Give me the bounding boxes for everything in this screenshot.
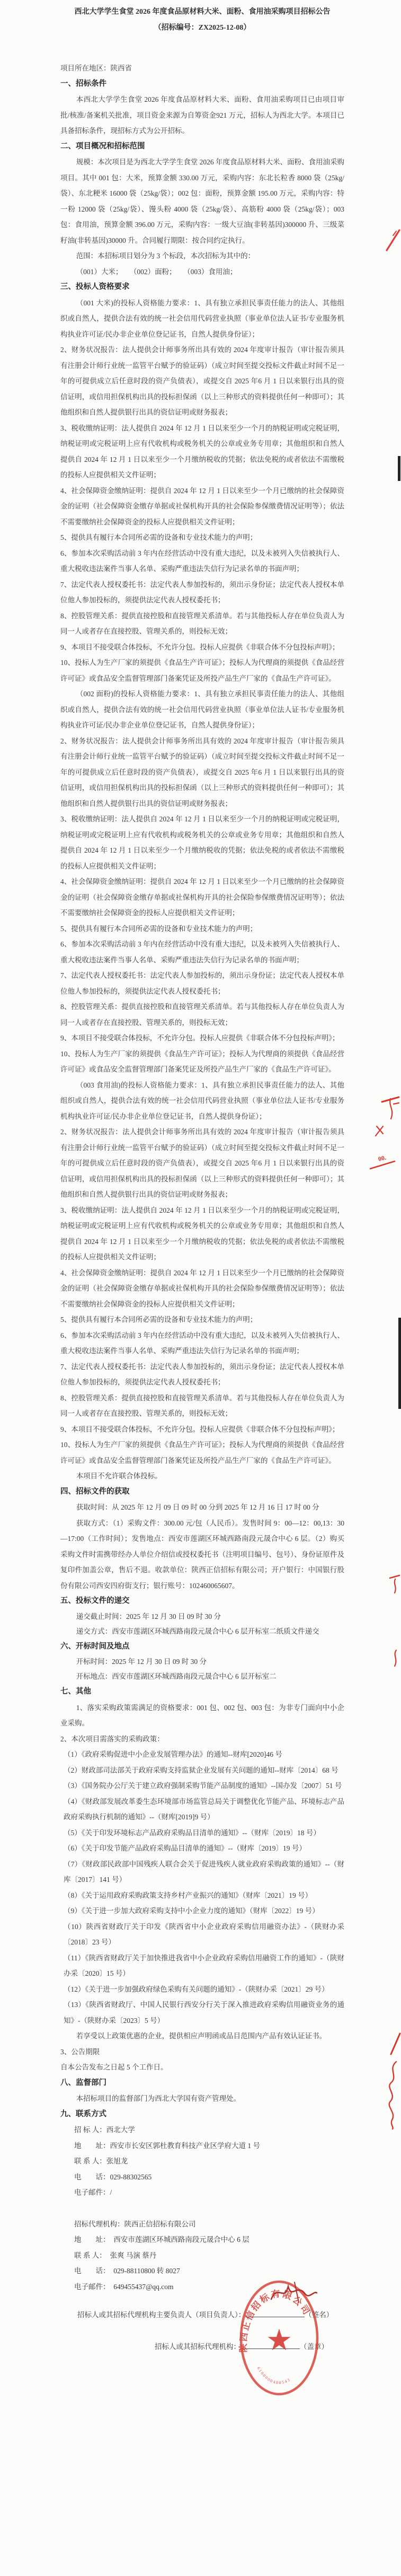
section7-policy-requirement: 1、落实采购政策需满足的资格要求：001 包、002 包、003 包：为非专门面… (60, 1700, 344, 1731)
section6-open-time: 开标时间：2025 年 12 月 30 日 09 时 30 分 (60, 1654, 344, 1669)
qualification-intro-001: （001 大米)的投标人资格能力要求：1、具有独立承担民事责任能力的法人、其他组… (60, 295, 344, 343)
stamp-serial-number: 6100000480543 (256, 2366, 292, 2385)
paragraph-line: （4）《财政部发展改革委生态环境部市场监管总局关于调整优化节能产品、环境标志产品… (60, 1794, 344, 1825)
paragraph-line: （3）《国务院办公厅关于建立政府强制采购节能产品制度的通知》--国办发〔2007… (60, 1778, 344, 1794)
paragraph-line: 电 话： 029-88110800 转 8027 (60, 2263, 344, 2279)
section-heading-7: 七、其他 (60, 1684, 344, 1700)
section5-method: 递交方式：西安市莲湖区环城西路南段元晟合中心 6 层开标室二纸质文件递交 (60, 1624, 344, 1639)
paragraph-line: 10、投标人为生产厂家的须提供《食品生产许可证》；投标人为代理商的须提供《食品经… (60, 1046, 344, 1077)
paragraph-line: 地 址：西安市长安区郭杜教育科技产业区学府大道 1 号 (60, 2138, 344, 2154)
paragraph-line: （2）财政部司法部关于政府采购支持监狱企业发展有关问题的通知--财库〔2014〕… (60, 1763, 344, 1778)
paragraph-line: 7、法定代表人授权委托书：法定代表人参加投标的，须出示身份证；法定代表人授权本单… (60, 1359, 344, 1390)
paragraph-line: 8、控股管理关系：提供直接控股和直接管理关系清单。若与其他投标人存在单位负责人为… (60, 999, 344, 1030)
paragraph-line: （9）《关于进一步加大政府采购支持中小企业力度的通知》（财库〔2022〕19 号… (60, 1903, 344, 1919)
sections-5-6: 五、投标文件的递交 递交截止时间：2025 年 12 月 30 日 09 时 3… (60, 1593, 344, 1684)
section-heading-8: 八、监督部门 (60, 2075, 344, 2091)
qualification-items-003: 2、财务状况报告：法人提供会计师事务所出具有效的 2024 年度审计报告（审计报… (60, 1124, 344, 1468)
document-content: 西北大学学生食堂 2026 年度食品原材料大米、面粉、食用油采购项目招标公告 （… (0, 0, 401, 2354)
section2-scope-paragraph: 范围：本招标项目划分为 3 个标段，本次招标为其中的： (60, 248, 344, 264)
paragraph-line: 10、投标人为生产厂家的须提供《食品生产许可证》；投标人为代理商的须提供《食品经… (60, 655, 344, 686)
qualification-block-003: （003 食用油)的投标人资格能力要求：1、具有独立承担民事责任能力的法人、其他… (60, 1077, 344, 1469)
paragraph-line: 3、税收缴纳证明：法人提供自 2024 年 12 月 1 日以来至少一个月的纳税… (60, 811, 344, 874)
seal-line-prefix: 招标人或其招标代理机构： (155, 2343, 240, 2351)
paragraph-line: （12）《关于进一步加强政府绿色采购有关问题的通知》-（陕财办采〔2021〕29… (60, 1982, 344, 1997)
page-title: 西北大学学生食堂 2026 年度食品原材料大米、面粉、食用油采购项目招标公告 (60, 4, 344, 20)
paragraph-line: 4、社会保障资金缴纳证明：提供自 2024 年 12 月 1 日以来至少一个月已… (60, 874, 344, 921)
paragraph-line: 7、法定代表人授权委托书：法定代表人参加投标的，须出示身份证；法定代表人授权本单… (60, 577, 344, 608)
no-consortium-line: 本项目不允许联合体投标。 (60, 1468, 344, 1484)
paragraph-line: 6、参加本次采购活动前 3 年内在经营活动中没有重大违纪，以及未被列入失信被执行… (60, 1328, 344, 1359)
paragraph-line: （5）《关于印发环境标志产品政府采购品目清单的通知》--（财库〔2019〕18 … (60, 1825, 344, 1841)
paragraph-line: 5、提供具有履行本合同所必需的设备和专业技术能力的声明； (60, 921, 344, 937)
paragraph-line: 联 系 人：张旭龙 (60, 2153, 344, 2169)
paragraph-line: 2、财务状况报告：法人提供会计师事务所出具有效的 2024 年度审计报告（审计报… (60, 342, 344, 420)
paragraph-line: （7）《财政部民政部中国残疾人联合会关于促进残疾人就业政府采购政策的通知》--（… (60, 1856, 344, 1888)
paragraph-line: 8、控股管理关系：提供直接控股和直接管理关系清单。若与其他投标人存在单位负责人为… (60, 608, 344, 639)
paragraph-line: 10、投标人为生产厂家的须提供《食品生产许可证》；投标人为代理商的须提供《食品经… (60, 1437, 344, 1468)
paragraph-line: 2、财务状况报告：法人提供会计师事务所出具有效的 2024 年度审计报告（审计报… (60, 1124, 344, 1203)
handwritten-signature (264, 2278, 319, 2309)
qualification-block-002: （002 面粉)的投标人资格能力要求：1、具有独立承担民事责任能力的法人、其他组… (60, 686, 344, 1077)
section5-deadline: 递交截止时间：2025 年 12 月 30 日 09 时 30 分 (60, 1609, 344, 1624)
section-heading-4: 四、招标文件的获取 (60, 1484, 344, 1500)
qualification-intro-002: （002 面粉)的投标人资格能力要求：1、具有独立承担民事责任能力的法人、其他组… (60, 686, 344, 733)
paragraph-line: 9、本项目不接受联合体投标，不允许分包。投标人应提供《非联合体不分包投标声明》； (60, 1422, 344, 1438)
scanned-tender-announcement-page: 西北大学学生食堂 2026 年度食品原材料大米、面粉、食用油采购项目招标公告 （… (0, 0, 401, 2576)
paragraph-line: 9、本项目不接受联合体投标，不允许分包。投标人应提供《非联合体不分包投标声明》； (60, 639, 344, 655)
paragraph-line: 招标代理机构：陕西正信招标有限公司 (60, 2216, 344, 2232)
paragraph-line: 5、提供具有履行本合同所必需的设备和专业技术能力的声明； (60, 530, 344, 546)
paragraph-line: 5、提供具有履行本合同所必需的设备和专业技术能力的声明； (60, 1312, 344, 1328)
paragraph-line: 4、社会保障资金缴纳证明：提供自 2024 年 12 月 1 日以来至少一个月已… (60, 1265, 344, 1312)
paragraph-line: （13）《陕西省财政厅、中国人民银行西安分行关于深入推进政府采购信用融资业务的通… (60, 1997, 344, 2028)
paragraph-line: （1）《政府采购促进中小企业发展管理办法》的通知--财库[2020]46 号 (60, 1747, 344, 1763)
paragraph-line: 7、法定代表人授权委托书：法定代表人参加投标的，须出示身份证；法定代表人授权本单… (60, 968, 344, 999)
project-region-line: 项目所在地区：陕西省 (60, 60, 344, 76)
paragraph-line: 3、税收缴纳证明：法人提供自 2024 年 12 月 1 日以来至少一个月的纳税… (60, 1203, 344, 1265)
paragraph-line: （6）《关于印发节能产品政府采购品目清单的通知》--（财库〔2019〕19 号） (60, 1841, 344, 1856)
paragraph-line: （11）《陕西省财政厅关于加快推进我省中小企业政府采购信用融资工作的通知》-（陕… (60, 1950, 344, 1982)
paragraph-line: 3、税收缴纳证明：法人提供自 2024 年 12 月 1 日以来至少一个月的纳税… (60, 420, 344, 483)
section6-open-place: 开标地点：西安市莲湖区环城西路南段元晟合中心 6 层开标室二 (60, 1669, 344, 1684)
qualification-items-002: 2、财务状况报告：法人提供会计师事务所出具有效的 2024 年度审计报告（审计报… (60, 733, 344, 1077)
section2-scale-paragraph: 规模：本次项目是为西北大学学生食堂 2026 年度食品原材料大米、面粉、食用油采… (60, 154, 344, 248)
paragraph-line: 联 系 人： 张爽 马演 蔡丹 (60, 2248, 344, 2264)
section-heading-9: 九、联系方式 (60, 2107, 344, 2123)
section4-obtain-method: 获取方式：（1）采购文件：300.00 元/包（人民币）。发售时间 9：00—1… (60, 1515, 344, 1594)
paragraph-line: 6、参加本次采购活动前 3 年内在经营活动中没有重大违纪，以及未被列入失信被执行… (60, 936, 344, 968)
paragraph-line: （8）《关于运用政府采购政策支持乡村产业振兴的通知》（财库〔2021〕19 号） (60, 1888, 344, 1904)
paragraph-line: 8、控股管理关系：提供直接控股和直接管理关系清单。若与其他投标人存在单位负责人为… (60, 1390, 344, 1422)
paragraph-line: （10）陕西省财政厅关于印发《陕西省中小企业政府采购信用融资办法》-（陕财办采〔… (60, 1919, 344, 1950)
section4-obtain-time: 获取时间：从 2025 年 12 月 09 日 09 时 00 分到 2025 … (60, 1500, 344, 1515)
paragraph-line: 9、本项目不接受联合体投标，不允许分包。投标人应提供《非联合体不分包投标声明》； (60, 1030, 344, 1046)
section1-body: 本西北大学学生食堂 2026 年度食品原材料大米、面粉、食用油采购项目已由项目审… (60, 92, 344, 139)
section-heading-3: 三、投标人资格要求 (60, 279, 344, 295)
section7-announcement-period-value: 自本公告发布之日起 5 个工作日。 (60, 2060, 344, 2075)
qualification-block-001: （001 大米)的投标人资格能力要求：1、具有独立承担民事责任能力的法人、其他组… (60, 295, 344, 687)
stamp-star-icon: ★ (266, 2324, 292, 2357)
section7-policy-intro: 2、本次项目需落实的采购政策： (60, 1731, 344, 1747)
signature-line-prefix: 招标人或其招标代理机构主要负责人（项目负责人）： (77, 2311, 245, 2319)
paragraph-line: 2、财务状况报告：法人提供会计师事务所出具有效的 2024 年度审计报告（审计报… (60, 733, 344, 812)
section7-announcement-period-label: 3、公告期限 (60, 2044, 344, 2060)
qualification-items-001: 2、财务状况报告：法人提供会计师事务所出具有效的 2024 年度审计报告（审计报… (60, 342, 344, 686)
section-heading-1: 一、招标条件 (60, 76, 344, 92)
section-heading-6: 六、开标时间及地点 (60, 1639, 344, 1655)
paragraph-line: 电子邮件：/ (60, 2185, 344, 2201)
section-heading-2: 二、项目概况和招标范围 (60, 139, 344, 155)
tenderer-contact-block: 招 标 人：西北大学地 址：西安市长安区郭杜教育科技产业区学府大道 1 号联 系… (60, 2122, 344, 2201)
qualification-intro-003: （003 食用油)的投标人资格能力要求：1、具有独立承担民事责任能力的法人、其他… (60, 1077, 344, 1125)
section-heading-5: 五、投标文件的递交 (60, 1593, 344, 1609)
paragraph-line: 4、社会保障资金缴纳证明：提供自 2024 年 12 月 1 日以来至少一个月已… (60, 483, 344, 530)
section2-packages-line: （001）大米； （002）面粉； （003）食用油； (60, 264, 344, 280)
paragraph-line: 招 标 人：西北大学 (60, 2122, 344, 2138)
section7-benefit-line: 若享受以上政策优惠的企业，提供相应声明函或品目范围内产品有效认证证书。 (60, 2028, 344, 2044)
paragraph-line: 地 址： 西安市莲湖区环城西路南段元晟合中心 6 层 (60, 2232, 344, 2248)
section8-body: 本招标项目的监督部门为西北大学国有资产管理处。 (60, 2091, 344, 2107)
tender-reference-number: （招标编号：ZX2025-12-08） (60, 20, 344, 36)
paragraph-line: 6、参加本次采购活动前 3 年内在经营活动中没有重大违纪，以及未被列入失信被执行… (60, 546, 344, 577)
section7-policy-list: （1）《政府采购促进中小企业发展管理办法》的通知--财库[2020]46 号（2… (60, 1747, 344, 2028)
paragraph-line: 电 话：029-88302565 (60, 2169, 344, 2185)
